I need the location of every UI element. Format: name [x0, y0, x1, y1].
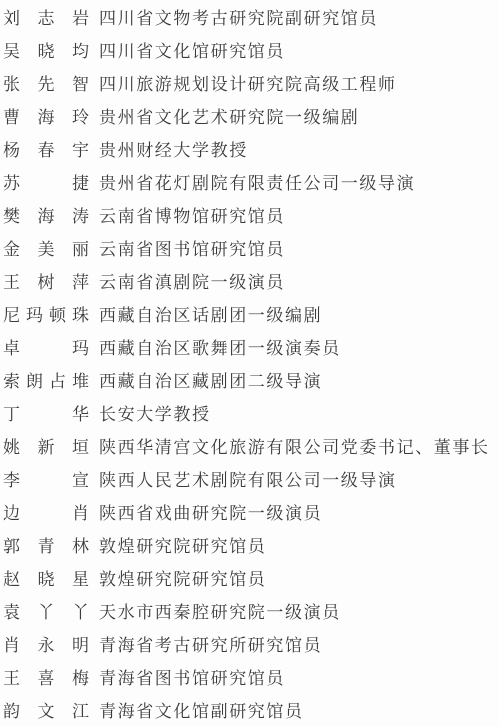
list-item: 王喜梅 青海省图书馆研究馆员	[0, 660, 499, 693]
list-item: 苏 捷 贵州省花灯剧院有限责任公司一级导演	[0, 165, 499, 198]
person-name: 吴晓均	[3, 37, 89, 62]
person-affiliation-title: 西藏自治区藏剧团二级导演	[99, 367, 322, 392]
person-affiliation-title: 青海省文化馆副研究馆员	[99, 697, 304, 722]
person-name: 王喜梅	[3, 664, 89, 689]
list-item: 索朗占堆 西藏自治区藏剧团二级导演	[0, 363, 499, 396]
person-affiliation-title: 长安大学教授	[99, 400, 211, 425]
person-affiliation-title: 天水市西秦腔研究院一级演员	[99, 598, 341, 623]
person-affiliation-title: 西藏自治区歌舞团一级演奏员	[99, 334, 341, 359]
person-name: 边 肖	[3, 499, 89, 524]
list-item: 杨春宇 贵州财经大学教授	[0, 132, 499, 165]
list-item: 吴晓均 四川省文化馆研究馆员	[0, 33, 499, 66]
person-affiliation-title: 敦煌研究院研究馆员	[99, 532, 266, 557]
person-name: 樊海涛	[3, 202, 89, 227]
list-item: 金美丽 云南省图书馆研究馆员	[0, 231, 499, 264]
person-name: 杨春宇	[3, 136, 89, 161]
person-affiliation-title: 四川省文化馆研究馆员	[99, 37, 285, 62]
list-item: 袁丫丫 天水市西秦腔研究院一级演员	[0, 594, 499, 627]
person-affiliation-title: 四川省文物考古研究院副研究馆员	[99, 4, 378, 29]
person-affiliation-title: 西藏自治区话剧团一级编剧	[99, 301, 322, 326]
list-item: 曹海玲 贵州省文化艺术研究院一级编剧	[0, 99, 499, 132]
person-name: 刘志岩	[3, 4, 89, 29]
list-item: 李 宣 陕西人民艺术剧院有限公司一级导演	[0, 462, 499, 495]
person-affiliation-title: 四川旅游规划设计研究院高级工程师	[99, 70, 397, 95]
list-item: 张先智 四川旅游规划设计研究院高级工程师	[0, 66, 499, 99]
person-affiliation-title: 青海省图书馆研究馆员	[99, 664, 285, 689]
list-item: 郭青林 敦煌研究院研究馆员	[0, 528, 499, 561]
person-affiliation-title: 陕西人民艺术剧院有限公司一级导演	[99, 466, 397, 491]
person-name: 姚新垣	[3, 433, 89, 458]
roster-rows: 刘志岩 四川省文物考古研究院副研究馆员 吴晓均 四川省文化馆研究馆员 张先智 四…	[0, 0, 499, 726]
person-affiliation-title: 云南省图书馆研究馆员	[99, 235, 285, 260]
person-affiliation-title: 陕西华清宫文化旅游有限公司党委书记、董事长	[99, 433, 490, 458]
person-affiliation-title: 贵州财经大学教授	[99, 136, 248, 161]
list-item: 韵文江 青海省文化馆副研究馆员	[0, 693, 499, 726]
list-item: 丁 华 长安大学教授	[0, 396, 499, 429]
person-name: 苏 捷	[3, 169, 89, 194]
person-name: 金美丽	[3, 235, 89, 260]
list-item: 刘志岩 四川省文物考古研究院副研究馆员	[0, 0, 499, 33]
person-name: 郭青林	[3, 532, 89, 557]
person-affiliation-title: 陕西省戏曲研究院一级演员	[99, 499, 322, 524]
person-name: 索朗占堆	[3, 367, 89, 392]
person-name: 肖永明	[3, 631, 89, 656]
person-name: 丁 华	[3, 400, 89, 425]
person-name: 赵晓星	[3, 565, 89, 590]
list-item: 肖永明 青海省考古研究所研究馆员	[0, 627, 499, 660]
list-item: 王树萍 云南省滇剧院一级演员	[0, 264, 499, 297]
person-name: 王树萍	[3, 268, 89, 293]
person-affiliation-title: 敦煌研究院研究馆员	[99, 565, 266, 590]
person-name: 卓 玛	[3, 334, 89, 359]
person-name: 张先智	[3, 70, 89, 95]
list-item: 姚新垣 陕西华清宫文化旅游有限公司党委书记、董事长	[0, 429, 499, 462]
person-name: 韵文江	[3, 697, 89, 722]
person-affiliation-title: 贵州省文化艺术研究院一级编剧	[99, 103, 359, 128]
list-item: 赵晓星 敦煌研究院研究馆员	[0, 561, 499, 594]
list-item: 樊海涛 云南省博物馆研究馆员	[0, 198, 499, 231]
person-name: 尼玛顿珠	[3, 301, 89, 326]
person-name: 李 宣	[3, 466, 89, 491]
person-affiliation-title: 云南省博物馆研究馆员	[99, 202, 285, 227]
person-name: 曹海玲	[3, 103, 89, 128]
scanned-document-page: 刘志岩 四川省文物考古研究院副研究馆员 吴晓均 四川省文化馆研究馆员 张先智 四…	[0, 0, 499, 726]
list-item: 边 肖 陕西省戏曲研究院一级演员	[0, 495, 499, 528]
person-affiliation-title: 云南省滇剧院一级演员	[99, 268, 285, 293]
person-affiliation-title: 青海省考古研究所研究馆员	[99, 631, 322, 656]
list-item: 尼玛顿珠 西藏自治区话剧团一级编剧	[0, 297, 499, 330]
list-item: 卓 玛 西藏自治区歌舞团一级演奏员	[0, 330, 499, 363]
person-affiliation-title: 贵州省花灯剧院有限责任公司一级导演	[99, 169, 415, 194]
person-name: 袁丫丫	[3, 598, 89, 623]
